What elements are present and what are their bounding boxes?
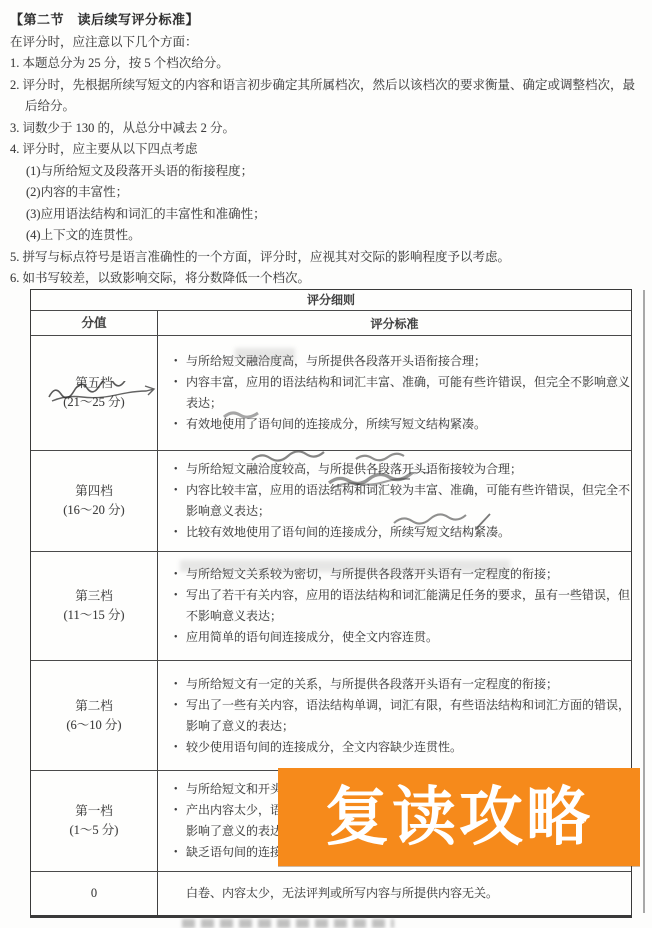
bullet-icon: • bbox=[174, 627, 178, 648]
criteria-line: •应用简单的语句间连接成分，使全文内容连贯。 bbox=[174, 627, 631, 648]
band-row-5: 第五档 (21～25 分) •与所给短文融洽度高，与所提供各段落开头语衔接合理；… bbox=[31, 335, 631, 450]
criteria-line: •与所给短文融洽度较高，与所提供各段落开头语衔接较为合理； bbox=[174, 459, 631, 480]
bullet-icon: • bbox=[174, 800, 178, 821]
criteria-line: •写出了一些有关内容，语法结构单调，词汇有限，有些语法结构和词汇方面的错误，影响… bbox=[174, 695, 631, 737]
criteria-line: •内容比较丰富，应用的语法结构和词汇较为丰富、准确，可能有些许错误，但完全不影响… bbox=[174, 480, 631, 522]
criteria-line: •写出了若干有关内容，应用的语法结构和词汇能满足任务的要求，虽有一些错误，但不影… bbox=[174, 585, 631, 627]
criteria-line: •比较有效地使用了语句间的连接成分，所续写短文结构紧凑。 bbox=[174, 522, 631, 543]
lead-sentence: 在评分时，应注意以下几个方面： bbox=[10, 32, 642, 53]
band-range: (21～25 分) bbox=[63, 393, 124, 412]
criteria-line: •与所给短文有一定的关系，与所提供各段落开头语有一定程度的衔接； bbox=[174, 674, 631, 695]
band-name: 第三档 bbox=[75, 587, 113, 606]
band-name: 第四档 bbox=[75, 482, 113, 501]
rule-item-6: 6. 如书写较差，以致影响交际，将分数降低一个档次。 bbox=[10, 268, 642, 290]
band-name: 第二档 bbox=[75, 697, 113, 716]
band-row-4: 第四档 (16～20 分) •与所给短文融洽度较高，与所提供各段落开头语衔接较为… bbox=[31, 450, 631, 551]
consideration-item-2: (2)内容的丰富性； bbox=[26, 182, 642, 204]
band-row-2: 第二档 (6～10 分) •与所给短文有一定的关系，与所提供各段落开头语有一定程… bbox=[31, 660, 631, 770]
bullet-icon: • bbox=[174, 674, 178, 695]
bullet-icon: • bbox=[174, 372, 178, 393]
rule-item-3: 3. 词数少于 130 的，从总分中减去 2 分。 bbox=[10, 118, 642, 140]
bullet-icon: • bbox=[174, 414, 178, 435]
section-title: 【第二节 读后续写评分标准】 bbox=[10, 10, 642, 30]
bullet-icon: • bbox=[174, 522, 178, 543]
table-caption-row: 评分细则 bbox=[31, 290, 631, 310]
bullet-icon: • bbox=[174, 459, 178, 480]
consideration-item-3: (3)应用语法结构和词汇的丰富性和准确性； bbox=[26, 204, 642, 226]
column-header-score: 分值 bbox=[31, 311, 158, 335]
band-row-0: 0 白卷、内容太少，无法评判或所写内容与所提供内容无关。 bbox=[31, 871, 631, 915]
bullet-icon: • bbox=[174, 779, 178, 800]
page-edge-shadow bbox=[643, 290, 645, 913]
scanned-document-page: 【第二节 读后续写评分标准】 在评分时，应注意以下几个方面： 1. 本题总分为 … bbox=[0, 0, 652, 928]
scoring-notes: 【第二节 读后续写评分标准】 在评分时，应注意以下几个方面： 1. 本题总分为 … bbox=[10, 10, 642, 290]
band-name: 第五档 bbox=[75, 374, 113, 393]
rule-item-5: 5. 拼写与标点符号是语言准确性的一个方面，评分时，应视其对交际的影响程度予以考… bbox=[10, 247, 642, 269]
bullet-icon: • bbox=[174, 737, 178, 758]
scan-smudge bbox=[180, 560, 510, 572]
consideration-item-1: (1)与所给短文及段落开头语的衔接程度； bbox=[26, 161, 642, 183]
rule-item-2: 2. 评分时，先根据所续写短文的内容和语言初步确定其所属档次，然后以该档次的要求… bbox=[10, 75, 642, 118]
criteria-line: •较少使用语句间的连接成分，全文内容缺少连贯性。 bbox=[174, 737, 631, 758]
bullet-icon: • bbox=[174, 842, 178, 863]
band-range: (6～10 分) bbox=[66, 716, 121, 735]
band-range: (11～15 分) bbox=[64, 606, 125, 625]
table-header-row: 分值 评分标准 bbox=[31, 310, 631, 335]
column-header-criteria: 评分标准 bbox=[158, 311, 631, 335]
band-name: 0 bbox=[91, 884, 97, 903]
rule-item-4: 4. 评分时，应主要从以下四点考虑 bbox=[10, 139, 642, 161]
criteria-line: •有效地使用了语句间的连接成分，所续写短文结构紧凑。 bbox=[174, 414, 631, 435]
rule-item-1: 1. 本题总分为 25 分，按 5 个档次给分。 bbox=[10, 53, 642, 75]
bullet-icon: • bbox=[174, 351, 178, 372]
scan-smudge bbox=[235, 348, 295, 362]
band-range: (1～5 分) bbox=[70, 821, 119, 840]
bullet-icon: • bbox=[174, 564, 178, 585]
cutoff-caption-blur bbox=[182, 919, 394, 928]
criteria-line: •内容丰富，应用的语法结构和词汇丰富、准确，可能有些许错误，但完全不影响意义表达… bbox=[174, 372, 631, 414]
promo-banner-label: 复读攻略 bbox=[325, 768, 593, 866]
criteria-line: 白卷、内容太少，无法评判或所写内容与所提供内容无关。 bbox=[174, 883, 631, 904]
table-caption: 评分细则 bbox=[307, 290, 355, 310]
bullet-icon: • bbox=[174, 585, 178, 606]
band-range: (16～20 分) bbox=[63, 501, 124, 520]
bullet-icon: • bbox=[174, 480, 178, 501]
consideration-item-4: (4)上下文的连贯性。 bbox=[26, 225, 642, 247]
band-name: 第一档 bbox=[75, 802, 113, 821]
bullet-icon: • bbox=[174, 695, 178, 716]
promo-banner: 复读攻略 bbox=[278, 768, 640, 866]
